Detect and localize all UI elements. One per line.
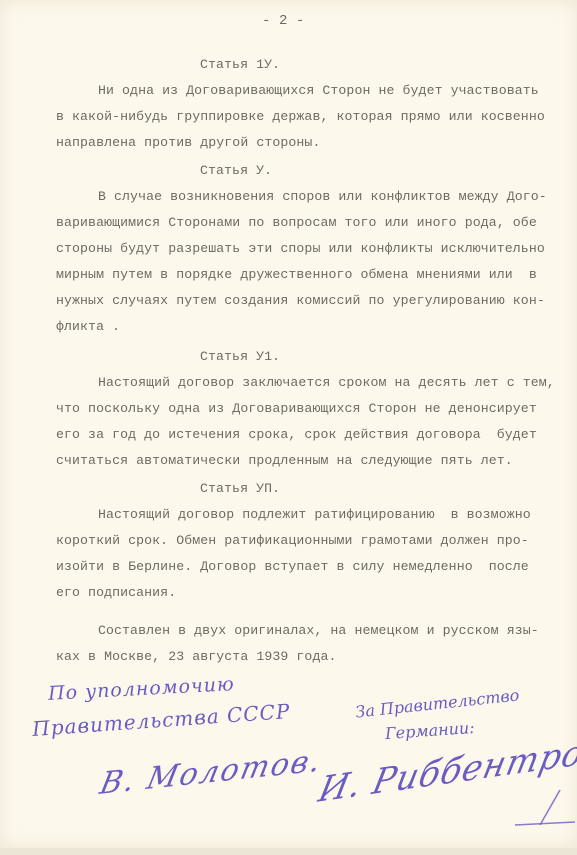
- signature-flourish-icon: [0, 0, 577, 848]
- page-bottom-edge: [0, 848, 577, 855]
- document-page: - 2 - Статья 1У. Ни одна из Договаривающ…: [0, 0, 577, 848]
